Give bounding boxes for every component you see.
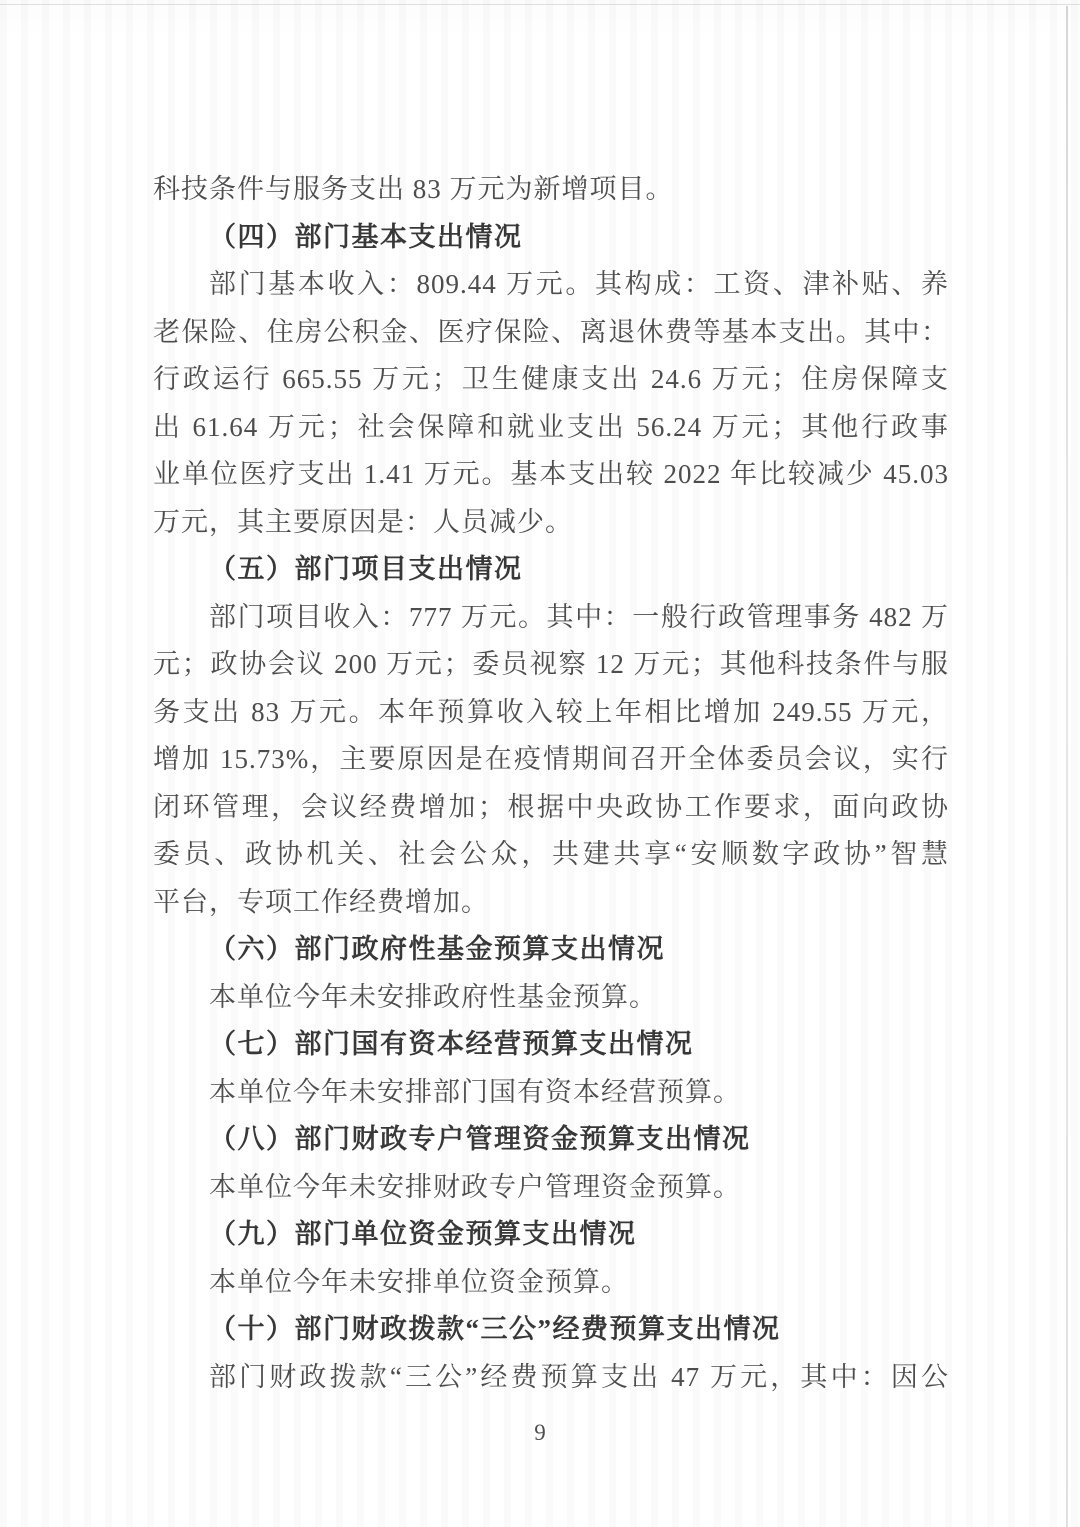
text-line: 本单位今年未安排政府性基金预算。 (153, 974, 949, 1022)
section-heading: （八）部门财政专户管理资金预算支出情况 (153, 1116, 949, 1164)
scan-edge-right (1066, 6, 1068, 1527)
text-line: 本单位今年未安排部门国有资本经营预算。 (153, 1069, 949, 1117)
text-line: 增加 15.73%，主要原因是在疫情期间召开全体委员会议，实行 (153, 736, 949, 784)
text-line: 业单位医疗支出 1.41 万元。基本支出较 2022 年比较减少 45.03 (153, 451, 949, 499)
text-line: 部门基本收入：809.44 万元。其构成：工资、津补贴、养 (153, 261, 949, 309)
text-line: 行政运行 665.55 万元；卫生健康支出 24.6 万元；住房保障支 (153, 356, 949, 404)
text-line: 委员、政协机关、社会公众，共建共享“安顺数字政协”智慧 (153, 831, 949, 879)
text-line: 老保险、住房公积金、医疗保险、离退休费等基本支出。其中： (153, 309, 949, 357)
text-line: 科技条件与服务支出 83 万元为新增项目。 (153, 166, 949, 214)
section-heading: （九）部门单位资金预算支出情况 (153, 1211, 949, 1259)
text-line: 万元，其主要原因是：人员减少。 (153, 499, 949, 547)
text-line: 务支出 83 万元。本年预算收入较上年相比增加 249.55 万元， (153, 689, 949, 737)
text-line: 本单位今年未安排单位资金预算。 (153, 1259, 949, 1307)
section-heading: （六）部门政府性基金预算支出情况 (153, 926, 949, 974)
document-page: 科技条件与服务支出 83 万元为新增项目。（四）部门基本支出情况部门基本收入：8… (0, 0, 1080, 1527)
page-number: 9 (0, 1420, 1080, 1446)
text-line: 出 61.64 万元；社会保障和就业支出 56.24 万元；其他行政事 (153, 404, 949, 452)
section-heading: （七）部门国有资本经营预算支出情况 (153, 1021, 949, 1069)
scan-edge-top (0, 4, 1080, 5)
document-body: 科技条件与服务支出 83 万元为新增项目。（四）部门基本支出情况部门基本收入：8… (153, 166, 949, 1401)
text-line: 元；政协会议 200 万元；委员视察 12 万元；其他科技条件与服 (153, 641, 949, 689)
text-line: 平台，专项工作经费增加。 (153, 879, 949, 927)
text-line: 闭环管理，会议经费增加；根据中央政协工作要求，面向政协 (153, 784, 949, 832)
section-heading: （十）部门财政拨款“三公”经费预算支出情况 (153, 1306, 949, 1354)
section-heading: （五）部门项目支出情况 (153, 546, 949, 594)
section-heading: （四）部门基本支出情况 (153, 214, 949, 262)
text-line: 部门项目收入：777 万元。其中：一般行政管理事务 482 万 (153, 594, 949, 642)
text-line: 本单位今年未安排财政专户管理资金预算。 (153, 1164, 949, 1212)
text-line: 部门财政拨款“三公”经费预算支出 47 万元，其中：因公 (153, 1354, 949, 1402)
